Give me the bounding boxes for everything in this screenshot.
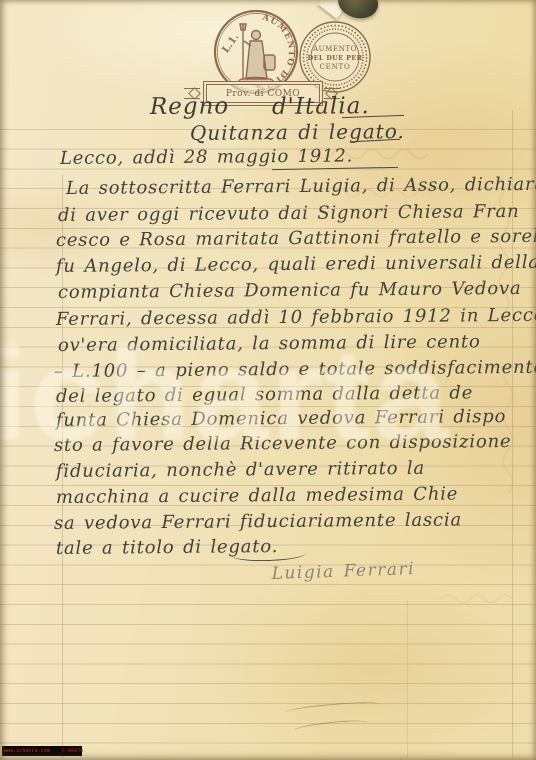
- heading-realm-left: Regno: [150, 93, 230, 120]
- body-line: fiduciaria, nonchè d'avere ritirato la: [56, 458, 425, 482]
- manuscript-receipt-scan: AUMENTO DI 2% L.1. AUMENTO DEL DUE PER C…: [0, 0, 536, 760]
- showthrough-mark: [440, 590, 520, 604]
- paper-crease: [407, 600, 408, 758]
- body-line: funta Chiesa Domenica vedova Ferrari dis…: [56, 406, 507, 431]
- body-line: compianta Chiesa Domenica fu Mauro Vedov…: [58, 278, 522, 303]
- body-line: Ferrari, decessa addì 10 febbraio 1912 i…: [56, 305, 536, 330]
- body-line: fu Angelo, di Lecco, quali eredi univers…: [56, 252, 536, 277]
- stamp-text-line1: AUMENTO: [312, 45, 357, 53]
- stamp-text-line3: CENTO: [320, 63, 351, 71]
- stamp-text-line2: DEL DUE PER: [308, 54, 363, 62]
- body-line: sto a favore della Ricevente con disposi…: [54, 431, 512, 456]
- body-line: macchina a cucire dalla medesima Chie: [56, 483, 458, 508]
- body-line: cesco e Rosa maritata Gattinoni fratello…: [56, 226, 536, 251]
- body-line: ov'era domiciliata, la somma di lire cen…: [58, 331, 481, 356]
- revenue-stamp-left-medallion: AUMENTO DI 2% L.1.: [212, 8, 300, 96]
- body-line: La sottoscritta Ferrari Luigia, di Asso,…: [66, 174, 536, 199]
- watermark-code: C-09174: [62, 747, 83, 756]
- watermark-site: www.icharta.com: [4, 747, 50, 756]
- body-line: sa vedova Ferrari fiduciariamente lascia: [54, 509, 462, 534]
- body-line: – L.100 – a pieno saldo e totale soddisf…: [54, 357, 536, 382]
- watermark-bar: www.icharta.com C-09174: [2, 746, 82, 756]
- body-line: di aver oggi ricevuto dai Signori Chiesa…: [58, 201, 520, 226]
- body-line: del legato di egual somma dalla detta de: [56, 382, 473, 407]
